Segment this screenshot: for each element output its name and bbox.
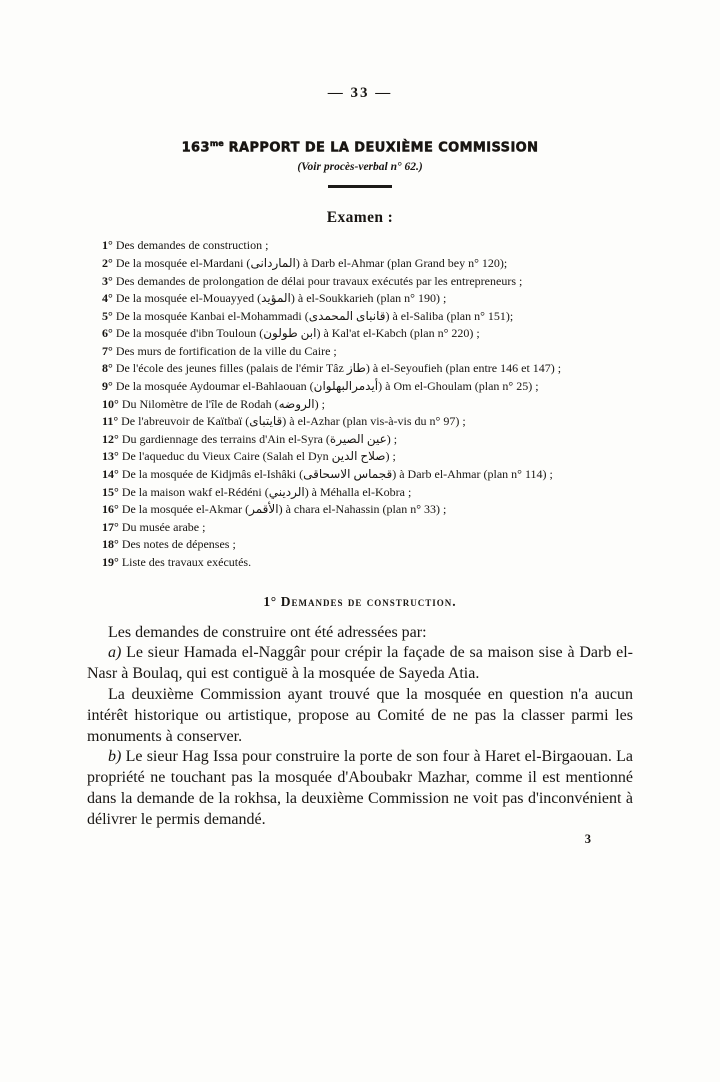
list-item: 5° De la mosquée Kanbai el-Mohammadi (قا…	[87, 308, 633, 326]
examen-list: 1° Des demandes de construction ; 2° De …	[87, 237, 633, 571]
list-item: 12° Du gardiennage des terrains d'Ain el…	[87, 431, 633, 449]
item-text: Des demandes de prolongation de délai po…	[116, 274, 523, 288]
section-title: Demandes de construction.	[281, 594, 457, 609]
item-number: 17°	[102, 520, 119, 534]
paragraph-b: b) Le sieur Hag Issa pour construire la …	[87, 747, 633, 830]
item-number: 7°	[102, 344, 113, 358]
list-item: 1° Des demandes de construction ;	[87, 237, 633, 255]
item-text: Du musée arabe ;	[122, 520, 206, 534]
item-number: 5°	[102, 309, 113, 323]
list-item: 8° De l'école des jeunes filles (palais …	[87, 360, 633, 378]
divider-rule	[328, 185, 392, 188]
item-text: Liste des travaux exécutés.	[122, 555, 251, 569]
list-item: 2° De la mosquée el-Mardani (الماردانى) …	[87, 255, 633, 273]
list-item: 15° De la maison wakf el-Rédéni (الرديني…	[87, 484, 633, 502]
scanned-document-page: — 33 — 163me RAPPORT DE LA DEUXIÈME COMM…	[0, 0, 720, 1082]
signature-mark: 3	[87, 832, 633, 847]
paragraph-commission: La deuxième Commission ayant trouvé que …	[87, 685, 633, 747]
item-text: Du Nilomètre de l'île de Rodah (الروضه) …	[122, 397, 325, 411]
item-text: Des notes de dépenses ;	[122, 537, 236, 551]
list-item: 14° De la mosquée de Kidjmâs el-Ishâki (…	[87, 466, 633, 484]
item-number: 2°	[102, 256, 113, 270]
item-text: De la mosquée Kanbai el-Mohammadi (قانبا…	[116, 309, 513, 323]
item-text: De l'école des jeunes filles (palais de …	[116, 361, 561, 375]
section-number: 1°	[263, 594, 276, 609]
list-item: 18° Des notes de dépenses ;	[87, 536, 633, 554]
item-text: Des murs de fortification de la ville du…	[116, 344, 337, 358]
list-item: 13° De l'aqueduc du Vieux Caire (Salah e…	[87, 448, 633, 466]
paragraph-a-text: Le sieur Hamada el-Naggâr pour crépir la…	[87, 644, 633, 682]
item-text: De la maison wakf el-Rédéni (الرديني) à …	[122, 485, 412, 499]
report-title: 163me RAPPORT DE LA DEUXIÈME COMMISSION	[87, 139, 633, 155]
item-number: 1°	[102, 238, 113, 252]
item-number: 12°	[102, 432, 119, 446]
list-item: 4° De la mosquée el-Mouayyed (المؤيد) à …	[87, 290, 633, 308]
list-item: 7° Des murs de fortification de la ville…	[87, 343, 633, 361]
item-text: Des demandes de construction ;	[116, 238, 269, 252]
examen-heading: Examen :	[87, 209, 633, 227]
report-number: 163	[182, 140, 210, 155]
item-text: De la mosquée de Kidjmâs el-Ishâki (قجما…	[122, 467, 553, 481]
section-heading: 1° Demandes de construction.	[87, 594, 633, 610]
item-number: 15°	[102, 485, 119, 499]
item-text: De la mosquée el-Akmar (الأقمر) à chara …	[122, 502, 447, 516]
list-item: 17° Du musée arabe ;	[87, 519, 633, 537]
list-item: 11° De l'abreuvoir de Kaïtbaï (قايتباى) …	[87, 413, 633, 431]
item-number: 13°	[102, 449, 119, 463]
text-column: — 33 — 163me RAPPORT DE LA DEUXIÈME COMM…	[87, 0, 633, 847]
list-item: 3° Des demandes de prolongation de délai…	[87, 273, 633, 291]
item-number: 18°	[102, 537, 119, 551]
intro-paragraph: Les demandes de construire ont été adres…	[87, 623, 633, 644]
item-number: 19°	[102, 555, 119, 569]
report-subtitle: (Voir procès-verbal n° 62.)	[87, 161, 633, 173]
item-text: De la mosquée d'ibn Touloun (ابن طولون) …	[116, 326, 480, 340]
report-number-ordinal: me	[210, 139, 224, 148]
item-number: 10°	[102, 397, 119, 411]
body-text: Les demandes de construire ont été adres…	[87, 623, 633, 831]
paragraph-a: a) Le sieur Hamada el-Naggâr pour crépir…	[87, 643, 633, 685]
list-item: 9° De la mosquée Aydoumar el-Bahlaouan (…	[87, 378, 633, 396]
item-text: Du gardiennage des terrains d'Ain el-Syr…	[122, 432, 397, 446]
item-number: 6°	[102, 326, 113, 340]
item-number: 9°	[102, 379, 113, 393]
item-number: 11°	[102, 414, 118, 428]
item-text: De la mosquée el-Mouayyed (المؤيد) à el-…	[116, 291, 446, 305]
paragraph-b-text: Le sieur Hag Issa pour construire la por…	[87, 748, 633, 827]
item-number: 16°	[102, 502, 119, 516]
page-number: — 33 —	[87, 0, 633, 102]
item-text: De la mosquée el-Mardani (الماردانى) à D…	[116, 256, 507, 270]
item-number: 3°	[102, 274, 113, 288]
list-item: 10° Du Nilomètre de l'île de Rodah (الرو…	[87, 396, 633, 414]
paragraph-a-marker: a)	[108, 644, 121, 661]
item-text: De l'abreuvoir de Kaïtbaï (قايتباى) à el…	[121, 414, 466, 428]
item-text: De l'aqueduc du Vieux Caire (Salah el Dy…	[122, 449, 396, 463]
item-number: 8°	[102, 361, 113, 375]
list-item: 6° De la mosquée d'ibn Touloun (ابن طولو…	[87, 325, 633, 343]
list-item: 19° Liste des travaux exécutés.	[87, 554, 633, 572]
item-number: 14°	[102, 467, 119, 481]
item-number: 4°	[102, 291, 113, 305]
report-title-text: RAPPORT DE LA DEUXIÈME COMMISSION	[229, 140, 539, 155]
paragraph-b-marker: b)	[108, 748, 121, 765]
item-text: De la mosquée Aydoumar el-Bahlaouan (أيد…	[116, 379, 539, 393]
list-item: 16° De la mosquée el-Akmar (الأقمر) à ch…	[87, 501, 633, 519]
